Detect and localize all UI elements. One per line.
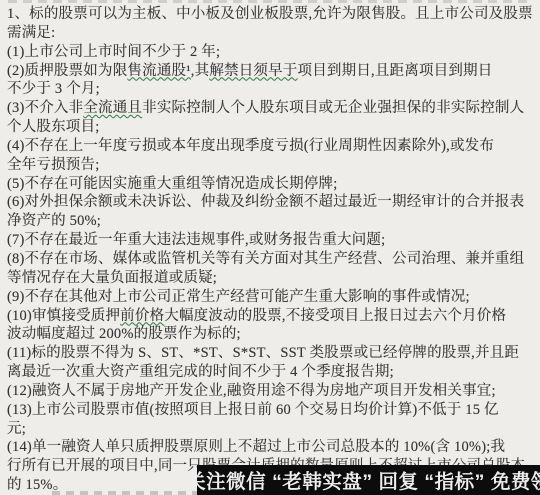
text-segment: 1、标的股票可以为主板、中小板及创业板股票,允许为限售股。且上市公司及股票 [7,6,533,22]
text-segment: (12)融资人不属于房地产开发企业,融资用途不得为房地产项目开发相关事宜; [7,383,496,399]
text-line: 1、标的股票可以为主板、中小板及创业板股票,允许为限售股。且上市公司及股票 [7,5,536,24]
text-segment: (6)对外担保余额或未决诉讼、仲裁及纠纷金额不超过最近一期经审计的合并报表 [7,194,524,210]
text-segment: 不少于 3 个月; [7,81,100,97]
document-lines: 1、标的股票可以为主板、中小板及创业板股票,允许为限售股。且上市公司及股票需满足… [7,5,536,495]
text-line: (13)上市公司股票市值(按照项目上报日前 60 个交易日均价计算)不低于 15… [7,401,536,420]
wavy-underlined-text: 全流通且 [83,100,142,116]
text-line: 需满足: [7,24,536,43]
watermark-bar: 关注微信 “老韩实盘” 回复 “指标” 免费领 [197,465,540,495]
text-segment: (9)不存在其他对上市公司正常生产经营可能产生重大影响的事件或情况; [7,289,470,305]
text-line: (9)不存在其他对上市公司正常生产经营可能产生重大影响的事件或情况; [7,288,536,307]
clipped-line-top [8,0,532,3]
text-segment: 离最近一次重大资产重组完成的时间不少于 4 个季度报告期; [7,364,394,380]
text-line: (7)不存在最近一年重大违法违规事件,或财务报告重大问题; [7,231,536,250]
text-segment: (10)审慎接受质押 [7,308,120,324]
text-line: 全年亏损预告; [7,156,536,175]
text-segment: (3)不介入非 [7,100,83,116]
text-line: 离最近一次重大资产重组完成的时间不少于 4 个季度报告期; [7,363,536,382]
text-line: 净资产的 50%; [7,212,536,231]
text-line: (10)审慎接受质押前价格大幅度波动的股票,不接受项目上报日过去六个月价格 [7,307,536,326]
text-segment: 个人股东项目; [7,119,99,135]
text-segment: 非实际控制人个人股东项目或无企业强担保的非实际控制人 [142,100,524,116]
text-segment: 波动幅度超过 200%的股票作为标的; [7,326,241,342]
text-line: (8)不存在市场、媒体或监管机关等有关方面对其生产经营、公司治理、兼并重组 [7,250,536,269]
text-segment: (14)单一融资人单只质押股票原则上不超过上市公司总股本的 10%(含 10%)… [7,439,505,455]
wavy-underlined-text: 售流通股¹ [127,63,190,79]
text-line: (4)不存在上一年度亏损或本年度出现季度亏损(行业周期性因素除外),或发布 [7,137,536,156]
text-segment: 净资产的 50%; [7,213,101,229]
text-segment: (11)标的股票不得为 S、ST、*ST、S*ST、SST 类股票或已经停牌的股… [7,345,519,361]
document-page: 1、标的股票可以为主板、中小板及创业板股票,允许为限售股。且上市公司及股票需满足… [0,0,540,495]
text-segment: 大幅度波动的股票,不接受项目上报日过去六个月价格 [164,308,506,324]
text-line: (1)上市公司上市时间不少于 2 年; [7,43,536,62]
text-line: (2)质押股票如为限售流通股¹,其解禁日须早于项目到期日,且距离项目到期日 [7,62,536,81]
text-segment: ,其 [191,63,210,79]
watermark-text: 关注微信 “老韩实盘” 回复 “指标” 免费领 [186,466,540,494]
text-line: 元; [7,420,536,439]
text-segment: 需满足: [7,25,55,41]
text-segment: (7)不存在最近一年重大违法违规事件,或财务报告重大问题; [7,232,385,248]
wavy-underlined-text: 前价格 [120,308,164,324]
text-segment: (4)不存在上一年度亏损或本年度出现季度亏损(行业周期性因素除外),或发布 [7,138,494,154]
text-segment: (5)不存在可能因实施重大重组等情况造成长期停牌; [7,176,337,192]
text-segment: 全年亏损预告; [7,157,99,173]
text-line: (3)不介入非全流通且非实际控制人个人股东项目或无企业强担保的非实际控制人 [7,99,536,118]
text-segment: (13)上市公司股票市值(按照项目上报日前 60 个交易日均价计算)不低于 15… [7,402,499,418]
text-segment: (2)质押股票如为限 [7,63,127,79]
text-line: (12)融资人不属于房地产开发企业,融资用途不得为房地产项目开发相关事宜; [7,382,536,401]
text-line: 不少于 3 个月; [7,80,536,99]
text-segment: 项目到期日,且距离项目到期日 [298,63,493,79]
text-segment: 等情况存在大量负面报道或质疑; [7,270,217,286]
wavy-underlined-text: 解禁日须早于 [209,63,297,79]
text-line: (14)单一融资人单只质押股票原则上不超过上市公司总股本的 10%(含 10%)… [7,438,536,457]
text-line: 个人股东项目; [7,118,536,137]
text-segment: (1)上市公司上市时间不少于 2 年; [7,44,220,60]
text-line: (6)对外担保余额或未决诉讼、仲裁及纠纷金额不超过最近一期经审计的合并报表 [7,193,536,212]
text-line: 等情况存在大量负面报道或质疑; [7,269,536,288]
text-line: (11)标的股票不得为 S、ST、*ST、S*ST、SST 类股票或已经停牌的股… [7,344,536,363]
text-segment: 元; [7,421,26,437]
text-segment: (8)不存在市场、媒体或监管机关等有关方面对其生产经营、公司治理、兼并重组 [7,251,524,267]
text-line: (5)不存在可能因实施重大重组等情况造成长期停牌; [7,175,536,194]
text-line: 波动幅度超过 200%的股票作为标的; [7,325,536,344]
